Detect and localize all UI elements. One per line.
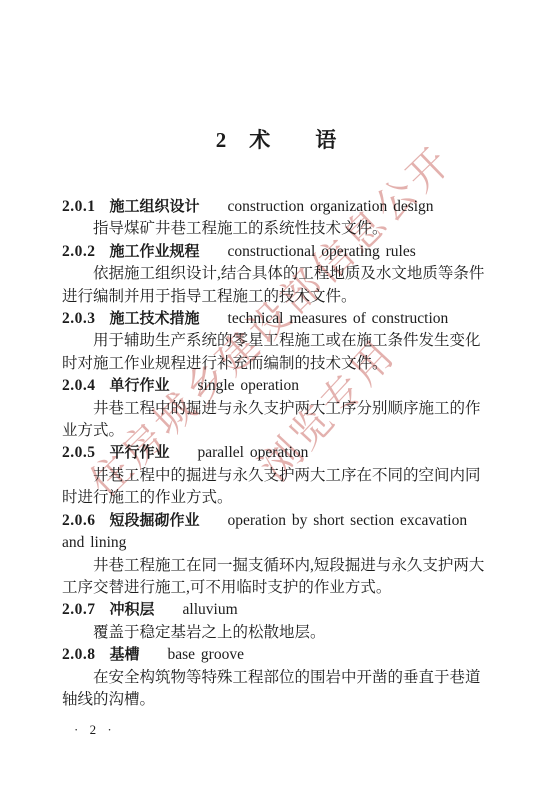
chapter-title: 2 术 语 [0,124,553,154]
term-number: 2.0.8 [62,646,96,663]
term-chinese: 施工技术措施 [110,310,200,327]
term-heading: 2.0.5平行作业parallel operation [62,442,493,464]
term-entry: 2.0.7冲积层alluvium 覆盖于稳定基岩之上的松散地层。 [62,599,493,644]
term-chinese: 施工组织设计 [110,198,200,215]
term-number: 2.0.7 [62,601,96,618]
term-definition: 用于辅助生产系统的零星工程施工或在施工条件发生变化时对施工作业规程进行补充而编制… [62,330,493,375]
term-definition: 指导煤矿井巷工程施工的系统性技术文件。 [62,218,493,240]
term-chinese: 平行作业 [110,444,170,461]
term-english: base groove [168,646,244,663]
term-entry: 2.0.2施工作业规程constructional operating rule… [62,241,493,308]
term-chinese: 短段掘砌作业 [110,512,200,529]
term-entry: 2.0.6短段掘砌作业operation by short section ex… [62,510,493,600]
terms-list: 2.0.1施工组织设计construction organization des… [0,196,553,711]
term-heading: 2.0.4单行作业single operation [62,375,493,397]
term-number: 2.0.3 [62,310,96,327]
term-chinese: 单行作业 [110,377,170,394]
term-chinese: 冲积层 [110,601,155,618]
document-page: 住房城乡建设部信息公开 浏览专用 2 术 语 2.0.1施工组织设计constr… [0,0,553,802]
term-english: technical measures of construction [228,310,449,327]
term-number: 2.0.6 [62,512,96,529]
page-number: · 2 · [74,722,116,738]
term-heading: 2.0.8基槽base groove [62,644,493,666]
term-entry: 2.0.8基槽base groove 在安全构筑物等特殊工程部位的围岩中开凿的垂… [62,644,493,711]
term-chinese: 施工作业规程 [110,243,200,260]
term-heading: 2.0.7冲积层alluvium [62,599,493,621]
term-definition: 井巷工程中的掘进与永久支护两大工序在不同的空间内同时进行施工的作业方式。 [62,465,493,510]
term-chinese: 基槽 [110,646,140,663]
term-definition: 覆盖于稳定基岩之上的松散地层。 [62,622,493,644]
term-definition: 井巷工程施工在同一掘支循环内,短段掘进与永久支护两大工序交替进行施工,可不用临时… [62,555,493,600]
term-entry: 2.0.3施工技术措施technical measures of constru… [62,308,493,375]
term-definition: 井巷工程中的掘进与永久支护两大工序分别顺序施工的作业方式。 [62,398,493,443]
term-english: construction organization design [228,198,434,215]
term-english: parallel operation [198,444,309,461]
term-english: single operation [198,377,299,394]
term-definition: 依据施工组织设计,结合具体的工程地质及水文地质等条件进行编制并用于指导工程施工的… [62,263,493,308]
term-entry: 2.0.1施工组织设计construction organization des… [62,196,493,241]
term-number: 2.0.2 [62,243,96,260]
term-english: alluvium [183,601,238,618]
term-number: 2.0.1 [62,198,96,215]
page-content: 2 术 语 2.0.1施工组织设计construction organizati… [0,124,553,711]
term-entry: 2.0.4单行作业single operation 井巷工程中的掘进与永久支护两… [62,375,493,442]
term-number: 2.0.4 [62,377,96,394]
term-entry: 2.0.5平行作业parallel operation 井巷工程中的掘进与永久支… [62,442,493,509]
term-heading: 2.0.1施工组织设计construction organization des… [62,196,493,218]
term-english: constructional operating rules [228,243,416,260]
term-definition: 在安全构筑物等特殊工程部位的围岩中开凿的垂直于巷道轴线的沟槽。 [62,667,493,712]
term-heading: 2.0.6短段掘砌作业operation by short section ex… [62,510,493,555]
term-number: 2.0.5 [62,444,96,461]
term-heading: 2.0.3施工技术措施technical measures of constru… [62,308,493,330]
term-heading: 2.0.2施工作业规程constructional operating rule… [62,241,493,263]
